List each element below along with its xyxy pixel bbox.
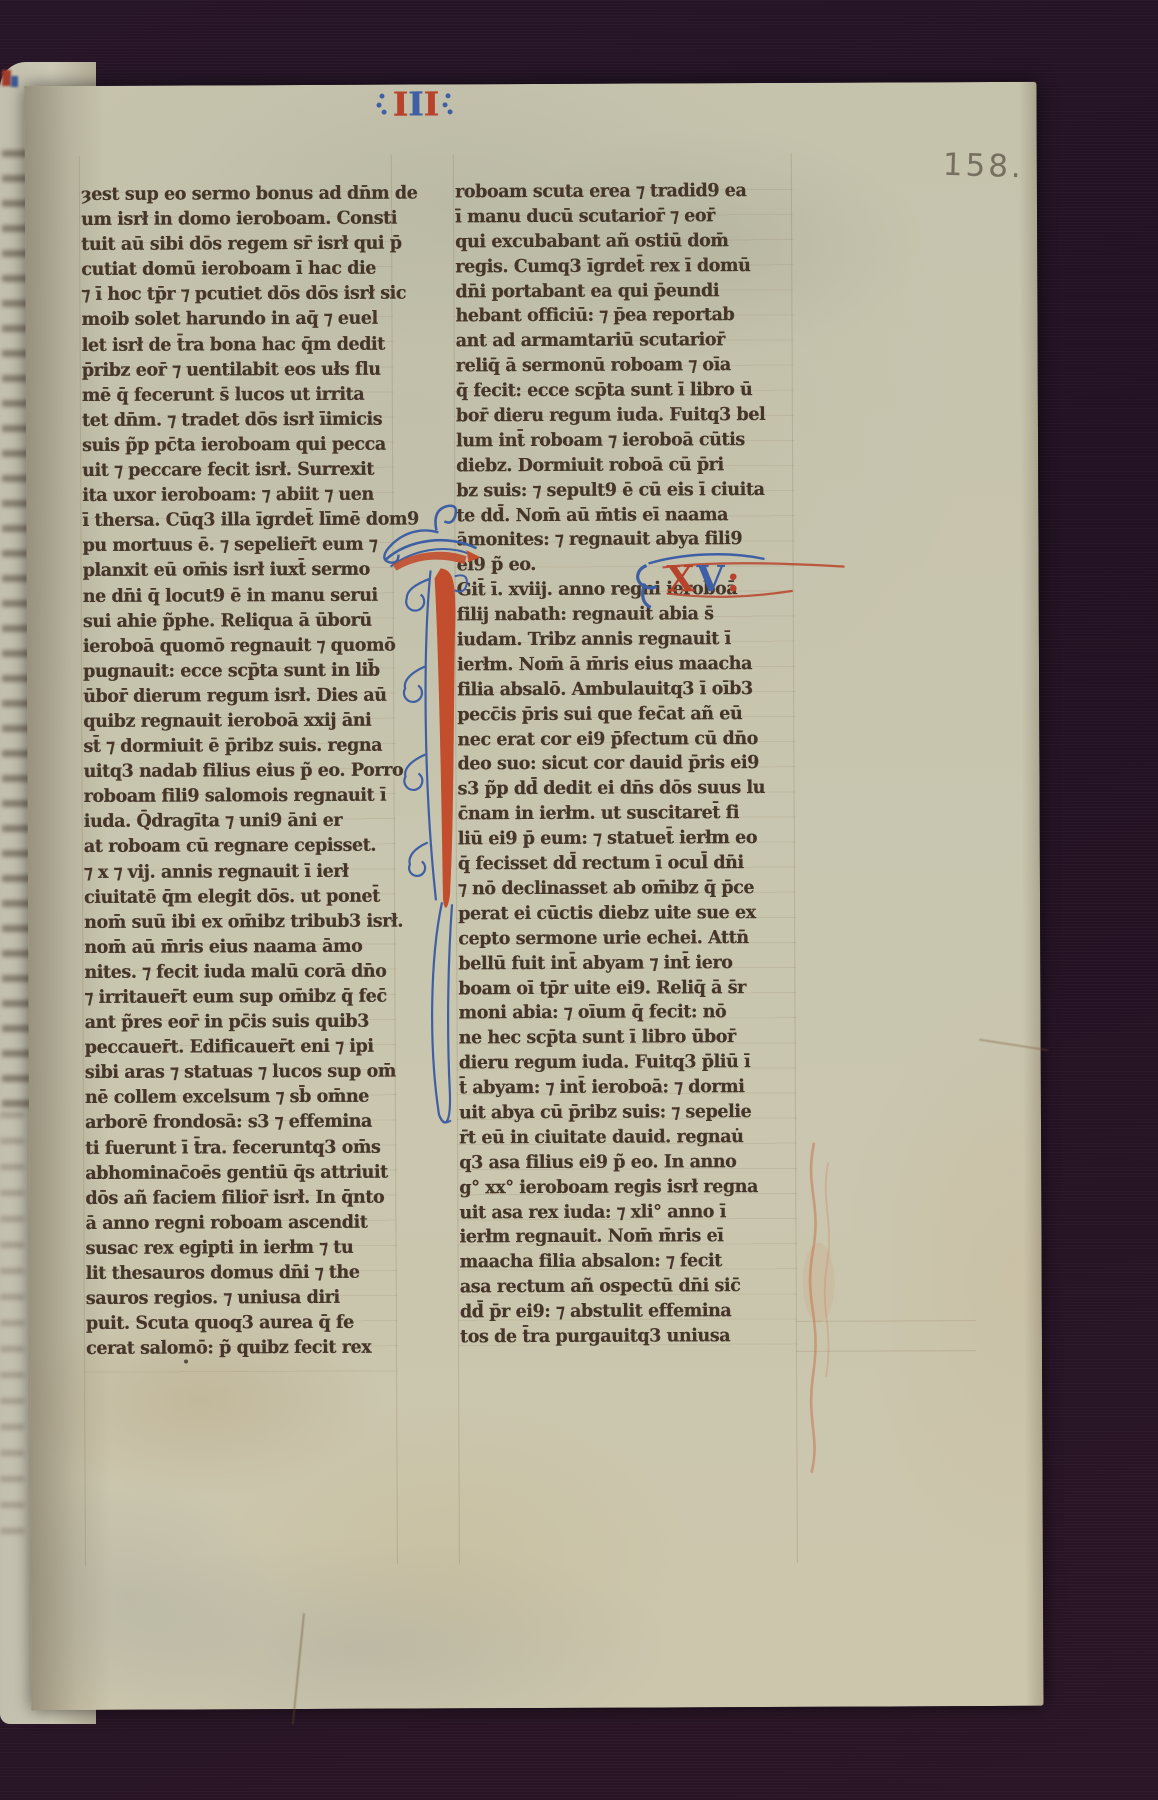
- text-line: quibz regnauit ieroboā xxij āni: [83, 708, 386, 734]
- text-line: ti fuerunt ī t̄ra. feceruntq3 om̄s: [85, 1134, 388, 1160]
- text-line: tuit aū sibi dōs regem sr̄ isrł qui p̄: [81, 231, 384, 257]
- text-line: st̄ ⁊ dormiuit ē p̄ribz suis. regna: [83, 733, 386, 759]
- text-line: ī thersa. Cūq3 illa īgrdet̄ līmē dom9: [82, 507, 385, 533]
- text-line: qui excubabant añ ostiū dom̄: [455, 229, 785, 255]
- text-line: ⁊ x ⁊ vij. annis regnauit ī ierł: [84, 858, 387, 884]
- text-line: reliq̄ ā sermonū roboam ⁊ oīa: [456, 353, 786, 379]
- running-title-letter: I: [408, 84, 424, 123]
- folio-number: 158.: [942, 147, 1024, 185]
- text-line: mē q̄ fecerunt s̄ lucos ut irrita: [82, 381, 385, 407]
- manuscript-photograph: III 158. ȝest sup eo sermo bonus ad dn̄m…: [0, 0, 1158, 1800]
- text-line: bz suis: ⁊ sepult9 ē cū eis ī ciuita: [456, 478, 786, 504]
- text-line: ⁊ ī hoc tp̄r ⁊ pcutiet dōs dōs isrł sic: [81, 281, 384, 307]
- text-line: cutiat domū ieroboam ī hac die: [81, 256, 384, 282]
- text-line: ⁊ irritauer̄t eum sup om̄ibz q̄ fec̄: [84, 984, 387, 1010]
- red-offset-stain: [784, 1133, 866, 1537]
- ornament-dots-icon: [376, 94, 388, 116]
- text-line: roboam fili9 salomois regnauit ī: [84, 783, 387, 809]
- capitulum-paraph-icon: [638, 565, 657, 607]
- text-line: um isrł in domo ieroboam. Consti: [81, 206, 384, 232]
- text-line: sui ahie p̃phe. Reliqua ā ūborū: [83, 607, 386, 633]
- text-line: ant ad armamtariū scutarior̄: [456, 328, 786, 354]
- running-title-letters: III: [392, 87, 438, 121]
- text-line: nites. ⁊ fecit iuda malū corā dn̄o: [84, 959, 387, 985]
- text-line: te dd̄. Nom̄ aū m̄tis eī naama: [456, 502, 786, 528]
- text-line: nec erat cor ei9 p̄fectum cū dn̄o: [457, 726, 787, 752]
- text-line: q̄ fecisset dd̄ rectum ī ocul̄ dn̄i: [458, 851, 788, 877]
- text-line: uitq3 nadab filius eius p̃ eo. Porro: [83, 758, 386, 784]
- ink-speck: [184, 1360, 188, 1364]
- text-line: at roboam cū regnare cepisset.: [84, 833, 387, 859]
- text-line: cerat salomō: p̃ quibz fecit rex: [86, 1335, 389, 1361]
- text-line: let isrł de t̄ra bona hac q̄m dedit: [82, 331, 385, 357]
- text-line: nom̄ suū ibi ex om̄ibz tribub3 isrł.: [84, 908, 387, 934]
- text-line: puit. Scuta quoq3 aurea q̄ fe: [86, 1310, 389, 1336]
- text-line: dieru regum iuda. Fuitq3 p̄liū ī: [459, 1050, 789, 1076]
- svg-text:X: X: [667, 558, 695, 600]
- fore-edge-shade: [1018, 82, 1043, 1706]
- text-line: ⁊ nō declinasset ab om̄ibz q̄ p̄ce: [458, 876, 788, 902]
- text-line: ne dn̄i q̄ locut9 ē in manu serui: [83, 582, 386, 608]
- text-line: ant p̃res eor̄ in pc̄is suis quib3: [84, 1009, 387, 1035]
- text-line: uit abya cū p̄ribz suis: ⁊ sepelie: [459, 1100, 789, 1126]
- text-line: moni abia: ⁊ oīum q̄ fecit: nō: [458, 1000, 788, 1026]
- text-line: nē collem excelsum ⁊ sb̄ om̄ne: [85, 1084, 388, 1110]
- text-column-left: ȝest sup eo sermo bonus ad dn̄m deum isr…: [81, 181, 398, 1362]
- text-line: uit ⁊ peccare fecit isrł. Surrexit: [82, 457, 385, 483]
- text-line: uit asa rex iuda: ⁊ xli° anno ī: [459, 1199, 789, 1225]
- text-line: hebant officiū: ⁊ p̄ea reportab: [455, 303, 785, 329]
- blue-decoration-fleck: [11, 76, 18, 87]
- text-line: asa rectum añ ospectū dn̄i sic̄: [460, 1274, 790, 1300]
- text-line: pugnauit: ecce scp̄ta sunt in lib̄: [83, 657, 386, 683]
- running-title: III: [376, 84, 506, 125]
- text-line: q̄ fecit: ecce scp̄ta sunt ī libro ū: [456, 378, 786, 404]
- text-line: q3 asa filius ei9 p̃ eo. In anno: [459, 1150, 789, 1176]
- decorated-initial-I: [378, 486, 485, 1190]
- text-line: iudam. Tribz annis regnauit ī: [457, 627, 787, 653]
- text-line: suis p̃p pc̄ta ieroboam qui pecca: [82, 432, 385, 458]
- running-title-letter: I: [392, 85, 408, 124]
- text-line: bellū fuit int̄ abyam ⁊ int̄ iero: [458, 951, 788, 977]
- text-line: tet dn̄m. ⁊ tradet dōs isrł īimicis: [82, 406, 385, 432]
- text-line: ūbor̄ dierum regum isrł. Dies aū: [83, 683, 386, 709]
- red-decoration-fleck: [2, 70, 11, 86]
- parchment-crease: [292, 1613, 305, 1725]
- text-line: ierłm regnauit. Nom̄ m̄ris eī: [459, 1224, 789, 1250]
- chapter-rubric: X V :: [632, 545, 872, 612]
- text-line: dd̄ p̄r ei9: ⁊ abstulit effemina: [460, 1299, 790, 1325]
- text-line: ā anno regni roboam ascendit: [85, 1209, 388, 1235]
- text-line: r̄t eū in ciuitate dauid. regnau̇: [459, 1125, 789, 1151]
- text-line: pu mortuus ē. ⁊ sepelier̄t eum ⁊: [82, 532, 385, 558]
- text-line: ierłm. Nom̄ ā m̄ris eius maacha: [457, 652, 787, 678]
- text-line: susac rex egipti in ierłm ⁊ tu: [85, 1235, 388, 1261]
- text-line: bor̄ dieru regum iuda. Fuitq3 bel: [456, 403, 786, 429]
- ornament-dots-icon: [443, 93, 455, 115]
- text-line: ieroboā quomō regnauit ⁊ quomō: [83, 632, 386, 658]
- showthrough-text-lines: [0, 1112, 24, 1542]
- text-line: ī manu ducū scutarior̄ ⁊ eor̄: [455, 204, 785, 230]
- text-line: iuda. Q̄dragīta ⁊ uni9 āni er: [84, 808, 387, 834]
- text-line: tos de t̄ra purgauitq3 uniusa: [460, 1324, 790, 1350]
- svg-text::: :: [727, 558, 740, 600]
- text-line: ciuitatē q̄m elegit dōs. ut ponet̄: [84, 883, 387, 909]
- parchment-page: III 158. ȝest sup eo sermo bonus ad dn̄m…: [24, 82, 1043, 1710]
- text-line: arborē frondosā: s3 ⁊ effemina: [85, 1109, 388, 1135]
- text-line: pecc̄is p̄ris sui que fec̄at añ eū: [457, 702, 787, 728]
- text-line: regis. Cumq3 īgrdet̄ rex ī domū: [455, 254, 785, 280]
- svg-text:V: V: [696, 558, 726, 600]
- text-line: boam oī tp̄r uite ei9. Reliq̄ ā s̄r: [458, 975, 788, 1001]
- text-line: t̄ abyam: ⁊ int̄ ieroboā: ⁊ dormi: [459, 1075, 789, 1101]
- text-line: ita uxor ieroboam: ⁊ abiit ⁊ uen: [82, 482, 385, 508]
- text-line: maacha filia absalon: ⁊ fecit: [460, 1249, 790, 1275]
- text-line: ȝest sup eo sermo bonus ad dn̄m de: [81, 181, 384, 207]
- text-line: p̄ribz eor̄ ⁊ uentilabit eos ułs flu: [82, 356, 385, 382]
- text-line: diebz. Dormiuit roboā cū p̄ri: [456, 453, 786, 479]
- text-line: sibi aras ⁊ statuas ⁊ lucos sup om̄: [85, 1059, 388, 1085]
- text-line: peccauer̄t. Edificauer̄t eni ⁊ ipi: [85, 1034, 388, 1060]
- text-line: ne hec scp̄ta sunt ī libro ūbor̄: [459, 1025, 789, 1051]
- text-line: roboam scuta erea ⁊ tradid9 ea: [455, 179, 785, 205]
- text-line: c̄nam in ierłm. ut suscitaret̄ fi: [458, 801, 788, 827]
- text-line: cepto sermone urie echei. Attn̄: [458, 926, 788, 952]
- text-line: deo suo: sicut cor dauid p̄ris ei9: [457, 751, 787, 777]
- text-line: s3 p̃p dd̄ dedit ei dn̄s dōs suus lu: [457, 776, 787, 802]
- text-line: dōs añ faciem filior̄ isrł. In q̄nto: [85, 1184, 388, 1210]
- text-column-right: roboam scuta erea ⁊ tradid9 eaī manu duc…: [455, 179, 800, 1350]
- text-line: liū ei9 p̄ eum: ⁊ statuet̄ ierłm eo: [458, 826, 788, 852]
- running-title-letter: I: [423, 84, 439, 123]
- text-line: lum int̄ roboam ⁊ ieroboā cūtis: [456, 428, 786, 454]
- text-line: lit thesauros domus dn̄i ⁊ the: [86, 1260, 389, 1286]
- text-line: filia absalō. Ambulauitq3 ī oīb3: [457, 677, 787, 703]
- text-line: abhominac̄oēs gentiū q̄s attriuit: [85, 1159, 388, 1185]
- text-line: sauros regios. ⁊ uniusa diri: [86, 1285, 389, 1311]
- text-line: g° xx° ieroboam regis isrł regna: [459, 1175, 789, 1201]
- text-line: perat ei cūctis diebz uite sue ex: [458, 901, 788, 927]
- text-line: dn̄i portabant ea qui p̄eundi: [455, 278, 785, 304]
- text-line: planxit eū om̄is isrł iuxt̄ sermo: [83, 557, 386, 583]
- text-line: nom̄ aū m̄ris eius naama āmo: [84, 933, 387, 959]
- text-line: moib solet harundo in aq̄ ⁊ euel: [81, 306, 384, 332]
